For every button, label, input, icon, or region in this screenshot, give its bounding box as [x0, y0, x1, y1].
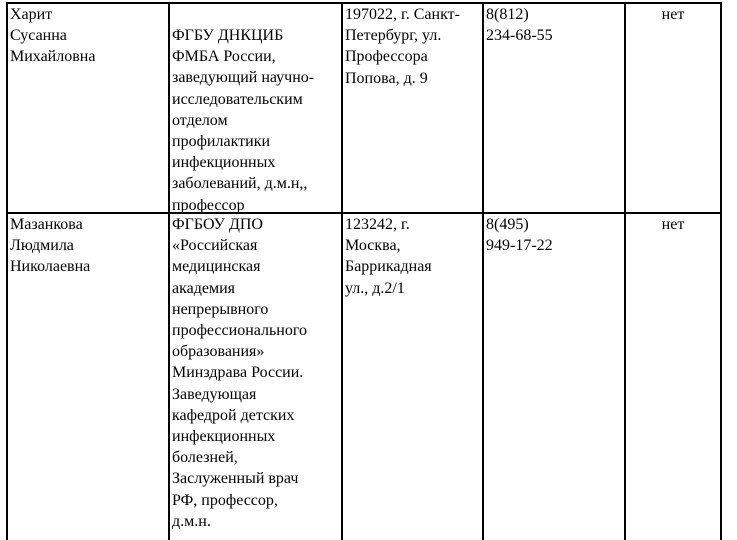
- organization-cell: ФГБОУ ДПО «Российская медицинская академ…: [170, 214, 343, 540]
- table-row: Харит Сусанна Михайловна ФГБУ ДНКЦИБ ФМБ…: [8, 4, 720, 214]
- experts-table: Харит Сусанна Михайловна ФГБУ ДНКЦИБ ФМБ…: [6, 2, 722, 540]
- conflict-cell: нет: [626, 4, 720, 212]
- phone-cell: 8(812) 234-68-55: [484, 4, 626, 212]
- address-cell: 197022, г. Санкт- Петербург, ул. Професс…: [343, 4, 484, 212]
- name-cell: Харит Сусанна Михайловна: [8, 4, 170, 212]
- name-cell: Мазанкова Людмила Николаевна: [8, 214, 170, 540]
- address-cell: 123242, г. Москва, Баррикадная ул., д.2/…: [343, 214, 484, 540]
- organization-cell: ФГБУ ДНКЦИБ ФМБА России, заведующий науч…: [170, 4, 343, 212]
- conflict-cell: нет: [626, 214, 720, 540]
- table-row: Мазанкова Людмила Николаевна ФГБОУ ДПО «…: [8, 214, 720, 540]
- phone-cell: 8(495) 949-17-22: [484, 214, 626, 540]
